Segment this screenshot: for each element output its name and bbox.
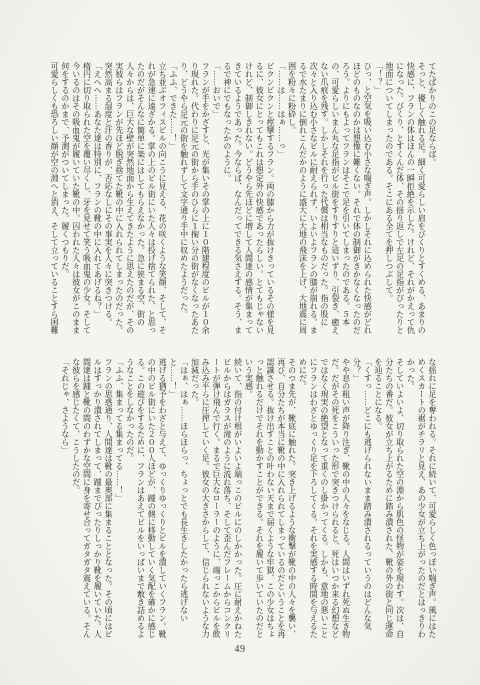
paragraph: そしていよいよ、切り取られた空の淵から肌色の怪物が姿を現わす。次は、自分たちの番… xyxy=(372,358,404,642)
novel-page: てたばかりのこの足ならば。そっと、優しく触れる足。細く可愛らしい肩をびくりとすく… xyxy=(0,0,480,685)
paragraph: ひっ、と空気を吸い込む小さな喘ぎ声。しかしそれに込められた快感がどれほどのものな… xyxy=(286,62,372,334)
paragraph: 「！？」 xyxy=(372,62,383,334)
text-block-bottom: な揺れに足を奪われる。それに続いて、可愛らしく色っぽい喘ぎ声。風にはためくスカー… xyxy=(51,358,437,642)
paragraph: 「ふふ、できた……！」 xyxy=(167,62,178,334)
paragraph: そのつま先が、靴底に触れた。突き上げるような衝撃が靴の中の人々を襲い、再び、自分… xyxy=(243,358,297,642)
paragraph: 「……は……はぁ……っ」 xyxy=(275,62,286,334)
paragraph: 「くすっ……どこにも逃げられないまま踏み潰されるっていうのはどんな気分？」 xyxy=(351,358,373,642)
paragraph: 逃げる猶予をわざと与えて、ゆっくりゆっくりとビルを潰していくフラン。靴の中のビル… xyxy=(124,358,167,642)
paragraph: な揺れに足を奪われる。それに続いて、可愛らしく色っぽい喘ぎ声。風にはためくスカー… xyxy=(405,358,437,642)
text-block-top: てたばかりのこの足ならば。そっと、優しく触れる足。細く可愛らしい肩をびくりとすく… xyxy=(51,62,437,334)
paragraph: 楕円に切り取られた空を覆い尽くし、牙を見せて笑う吸血鬼の少女。そして今いるのはそ… xyxy=(59,62,91,334)
paragraph: 可愛らしくも恐ろしい顔が空の淵へと消え、そして立っていることすら困難 xyxy=(48,62,59,334)
paragraph: 「はぁ、はぁ……ほらほらっ、ちょっとでも長生きしたかったら逃げないと……！」 xyxy=(167,358,189,642)
page-number: 49 xyxy=(0,644,480,655)
paragraph: 立ち並ぶオフィスビルの向こうに見える、花の咲くような笑顔、そして、それが急速に遠… xyxy=(102,62,167,334)
paragraph: そっと、優しく触れる足。細く可愛らしい肩をびくりとすくめる、あまりの快感に、フラ… xyxy=(383,62,426,334)
paragraph: てたばかりのこの足ならば。 xyxy=(426,62,437,334)
paragraph: やや息の粗い声が降り注ぎ、靴の中の人々をなじる。人間はいずれ死ぬ生き物だ。だがそ… xyxy=(297,358,351,642)
paragraph: フランが手をかざすと、光が集いその掌の上に１０階建程度のビルが１０余り現れた。代… xyxy=(178,62,210,334)
paragraph: フランの思惑通り、人間達は靴の最奥部に集まることとなった。その頃にはビルはすっか… xyxy=(70,358,113,642)
paragraph: 「……おいで」 xyxy=(210,62,221,334)
paragraph: 「それじゃ、さようなら」 xyxy=(59,358,70,642)
paragraph: 「ふふ、集まってる集まってる……！」 xyxy=(113,358,124,642)
paragraph: 「えへへ……あなた達は特別に、フランの靴の中に入れてあげるね？」 xyxy=(92,62,103,334)
paragraph: 続いて、指の付け根がいよいよ端っこのビルにのしかかった。圧に耐えかねたビルからは… xyxy=(189,358,243,642)
paragraph: ビクンビクンと痙攣するフラン。両の膝から力が抜けきっているその様を見るに、彼女に… xyxy=(221,62,275,334)
